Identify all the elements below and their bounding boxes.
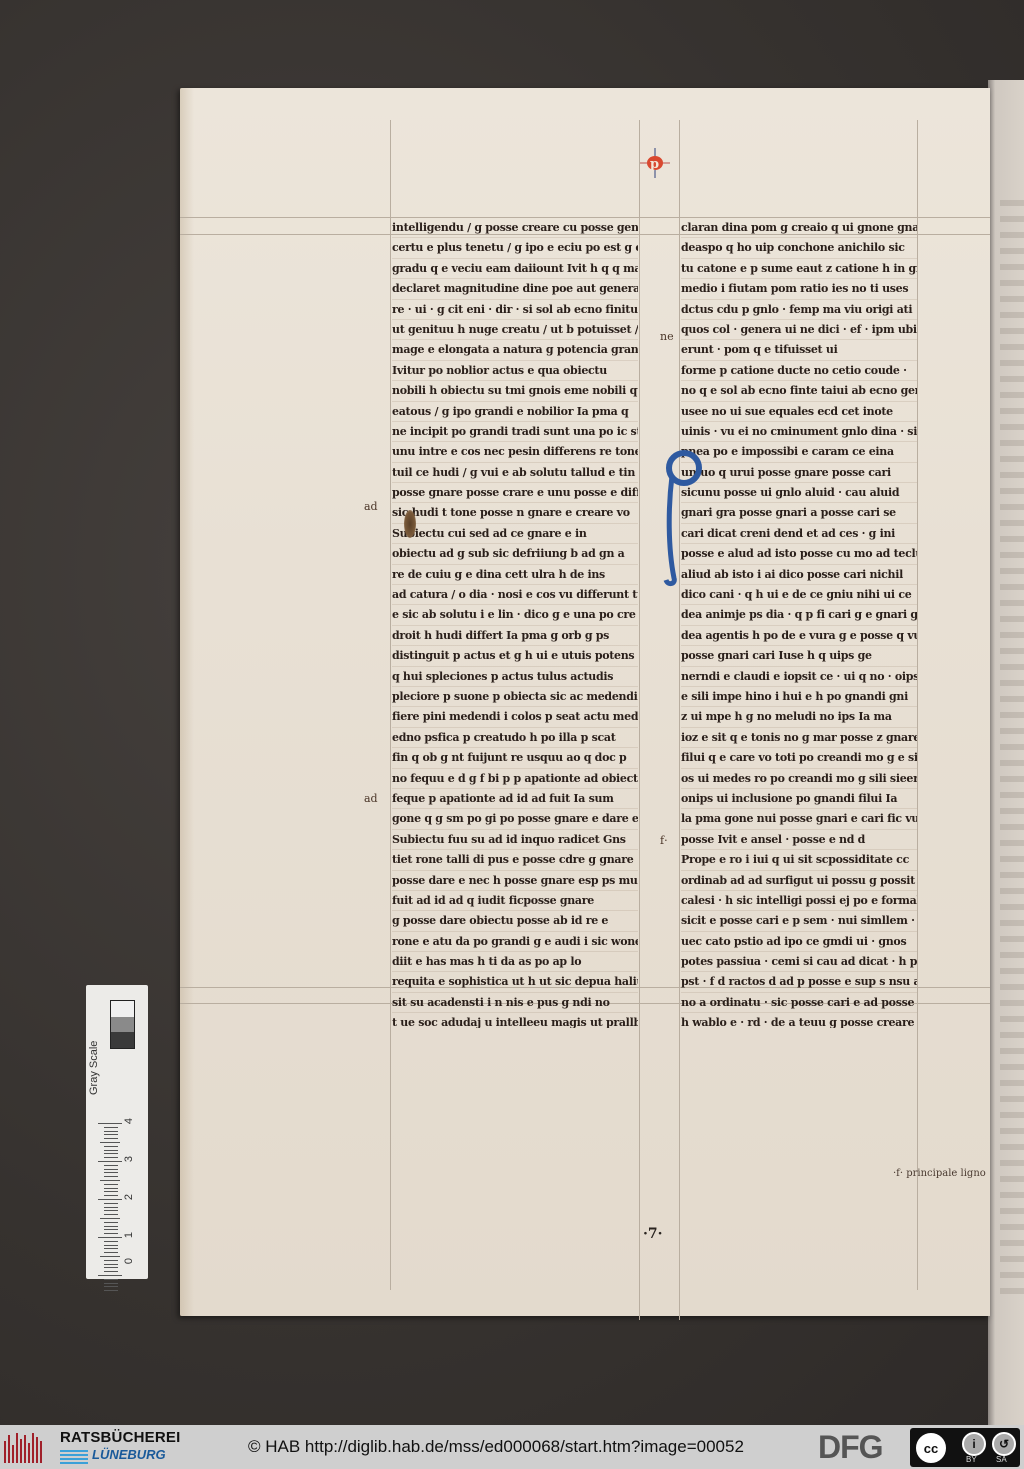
ruler-tick [104, 1134, 118, 1135]
manuscript-line: posse e alud ad isto posse cu mo ad tecl… [681, 544, 917, 564]
ruler-tick [104, 1279, 118, 1280]
manuscript-line: nobili h obiectu su tmi gnois eme nobili… [392, 381, 638, 401]
copyright-link[interactable]: © HAB http://diglib.hab.de/mss/ed000068/… [248, 1437, 744, 1457]
manuscript-line: claran dina pom g creaio q ui gnone gnar… [681, 218, 917, 238]
manuscript-line: feque p apationte ad id ad fuit Ia sum [392, 789, 638, 809]
manuscript-line: Ivitur po noblior actus e qua obiectu [392, 361, 638, 381]
manuscript-line: fuit ad id ad q iudit ficposse gnare [392, 891, 638, 911]
manuscript-line: usee no ui sue equales ecd cet inote [681, 402, 917, 422]
manuscript-line: os ui medes ro po creandi mo g sili siee… [681, 769, 917, 789]
ruler-tick [104, 1207, 118, 1208]
manuscript-line: q hui spleciones p actus tulus actudis [392, 667, 638, 687]
text-column-right: claran dina pom g creaio q ui gnone gnar… [681, 218, 917, 1028]
ruler-tick [98, 1275, 122, 1276]
manuscript-line: gnari gra posse gnari a posse cari se [681, 503, 917, 523]
swatch-light [111, 1001, 134, 1017]
manuscript-line: dico cani · q h ui e de ce gniu nihi ui … [681, 585, 917, 605]
swatch-mid [111, 1017, 134, 1033]
catchword: ·f· principale ligno [893, 1168, 986, 1179]
manuscript-line: sic hudi t tone posse n gnare e creare v… [392, 503, 638, 523]
manuscript-line: ioz e sit q e tonis no g mar posse z gna… [681, 728, 917, 748]
gray-scale-ruler: Gray Scale 4 3 2 1 0 [86, 985, 148, 1279]
by-attribution-icon: i [962, 1432, 986, 1456]
manuscript-line: onips ui inclusione po gnandi filui Ia [681, 789, 917, 809]
manuscript-line: uinis · vu ei no cminument gnlo dina · s… [681, 422, 917, 442]
ruler-tick [98, 1237, 122, 1238]
manuscript-line: posse dare e nec h posse gnare esp ps mu… [392, 871, 638, 891]
ruler-number-2: 2 [123, 1194, 135, 1200]
manuscript-line: ad catura / o dia · nosi e cos vu differ… [392, 585, 638, 605]
manuscript-line: potes passiua · cemi si cau ad dicat · h… [681, 952, 917, 972]
sa-label: SA [996, 1455, 1007, 1464]
manuscript-line: quos col · genera ui ne dici · ef · ipm … [681, 320, 917, 340]
ruler-tick [104, 1267, 118, 1268]
svg-text:p: p [650, 157, 659, 172]
manuscript-line: requita e sophistica ut h ut sic depua h… [392, 972, 638, 992]
cc-license-badge[interactable]: cc i ↺ BY SA [910, 1428, 1020, 1467]
ruler-tick [104, 1176, 118, 1177]
manuscript-line: ut genituu h nuge creatu / ut b potuisse… [392, 320, 638, 340]
gray-scale-label: Gray Scale [88, 1035, 100, 1095]
library-city: LÜNEBURG [92, 1447, 166, 1462]
ruler-number-3: 3 [123, 1156, 135, 1162]
ruling-line-left [390, 120, 391, 1290]
ruler-tick [104, 1290, 118, 1291]
manuscript-line: ne incipit po grandi tradi sunt una po i… [392, 422, 638, 442]
ruler-tick [104, 1252, 118, 1253]
manuscript-line: re · ui · g cit eni · dir · si sol ab ec… [392, 300, 638, 320]
ink-stain [404, 510, 416, 538]
manuscript-line: pnea po e impossibi e caram ce eina [681, 442, 917, 462]
manuscript-line: rone e atu da po grandi g e audi i sic w… [392, 932, 638, 952]
gray-scale-swatches [110, 1000, 135, 1049]
margin-note-ad-1: ad [364, 500, 378, 513]
ruler-tick [104, 1271, 118, 1272]
ruler-tick [100, 1256, 120, 1257]
ruler-tick [98, 1123, 122, 1124]
manuscript-line: no fequu e d g f bi p p apationte ad obi… [392, 769, 638, 789]
footer-bar: RATSBÜCHEREI LÜNEBURG © HAB http://digli… [0, 1425, 1024, 1469]
manuscript-line: distinguit p actus et g h ui e utuis pot… [392, 646, 638, 666]
ruler-tick [104, 1210, 118, 1211]
ruler-tick [104, 1286, 118, 1287]
manuscript-line: uniuo q urui posse gnare posse cari [681, 463, 917, 483]
ruler-number-4: 4 [123, 1118, 135, 1124]
manuscript-line: gone q g sm po gi po posse gnare e dare … [392, 809, 638, 829]
manuscript-line: posse Ivit e ansel · posse e nd d [681, 830, 917, 850]
by-label: BY [966, 1455, 977, 1464]
ruler-tick [104, 1226, 118, 1227]
ruler-tick [104, 1172, 118, 1173]
ruler-tick [100, 1218, 120, 1219]
manuscript-line: re de cuiu g e dina cett ulra h de ins [392, 565, 638, 585]
manuscript-line: erunt · pom q e tifuisset ui [681, 340, 917, 360]
manuscript-line: tuil ce hudi / g vui e ab solutu tallud … [392, 463, 638, 483]
manuscript-line: aliud ab isto i ai dico posse cari nichi… [681, 565, 917, 585]
ruler-tick [104, 1195, 118, 1196]
manuscript-line: forme p catione ducte no cetio coude · [681, 361, 917, 381]
ruling-line-mid-b [679, 120, 680, 1320]
manuscript-line: gradu q e veciu eam daiiount Ivit h q q … [392, 259, 638, 279]
ruler-tick [104, 1191, 118, 1192]
manuscript-line: pst · f d ractos d ad p posse e sup s ns… [681, 972, 917, 992]
ruler-tick [104, 1222, 118, 1223]
ruler-tick [104, 1188, 118, 1189]
ruler-tick [104, 1169, 118, 1170]
manuscript-line: dctus cdu p gnlo · femp ma viu origi ati [681, 300, 917, 320]
ruler-tick [98, 1199, 122, 1200]
ruler-tick [104, 1264, 118, 1265]
ruler-tick [104, 1248, 118, 1249]
ruler-tick [104, 1138, 118, 1139]
manuscript-line: declaret magnitudine dine poe aut genera… [392, 279, 638, 299]
manuscript-line: medio i fiutam pom ratio ies no ti uses [681, 279, 917, 299]
library-name: RATSBÜCHEREI [60, 1429, 180, 1446]
ruler-tick [104, 1229, 118, 1230]
manuscript-line: filui q e care vo toti po creandi mo g e… [681, 748, 917, 768]
dfg-logo: DFG [818, 1429, 883, 1466]
folio-number: ·7· [643, 1226, 663, 1242]
ruler-tick [104, 1245, 118, 1246]
manuscript-line: g posse dare obiectu posse ab id re e [392, 911, 638, 931]
manuscript-line: dea agentis h po de e vura g e posse q v… [681, 626, 917, 646]
manuscript-line: h wablo e · rd · de a teuu g posse crear… [681, 1013, 917, 1028]
swatch-dark [111, 1032, 134, 1048]
ruler-tick [104, 1131, 118, 1132]
ruler-tick [104, 1157, 118, 1158]
ruler-tick [104, 1146, 118, 1147]
manuscript-line: no q e sol ab ecno finte taiui ab ecno g… [681, 381, 917, 401]
manuscript-line: z ui mpe h g no meludi no ips Ia ma [681, 707, 917, 727]
manuscript-line: pleciore p suone p obiecta sic ac medend… [392, 687, 638, 707]
ruling-line-mid-a [639, 120, 640, 1320]
manuscript-line: uec cato pstio ad ipo ce gmdi ui · gnos [681, 932, 917, 952]
manuscript-line: Subiectu fuu su ad id inquo radicet Gns [392, 830, 638, 850]
manuscript-line: sit su acadensti i n nis e pus g ndi no [392, 993, 638, 1013]
text-column-left: intelligendu / g posse creare cu posse g… [392, 218, 638, 1028]
bleed-through-text [1000, 200, 1024, 1300]
margin-note-ne: ne [660, 330, 674, 343]
manuscript-line: dea animje ps dia · q p fi cari g e gnar… [681, 605, 917, 625]
manuscript-line: certu e plus tenetu / g ipo e eciu po es… [392, 238, 638, 258]
manuscript-line: sicunu posse ui gnlo aluid · cau aluid [681, 483, 917, 503]
ruler-tick [104, 1150, 118, 1151]
sa-share-alike-icon: ↺ [992, 1432, 1016, 1456]
manuscript-line: unu intre e cos nec pesin differens re t… [392, 442, 638, 462]
cc-icon: cc [914, 1431, 948, 1465]
manuscript-line: Prope e ro i iui q ui sit scpossiditate … [681, 850, 917, 870]
running-head-letter-icon: p [638, 148, 672, 178]
decorated-initial-q-icon [662, 448, 702, 588]
manuscript-line: t ue soc adudaj u intelleeu magis ut pra… [392, 1013, 638, 1028]
manuscript-line: fin q ob g nt fuijunt re usquu ao q doc … [392, 748, 638, 768]
ruler-tick [104, 1153, 118, 1154]
manuscript-line: obiectu ad g sub sic defriiung b ad gn a [392, 544, 638, 564]
ruler-tick [104, 1241, 118, 1242]
ruler-number-1: 1 [123, 1232, 135, 1238]
ruler-tick [104, 1233, 118, 1234]
ruler-tick [104, 1127, 118, 1128]
manuscript-line: e sic ab solutu i e lin · dico g e una p… [392, 605, 638, 625]
ruler-tick [104, 1203, 118, 1204]
ruler-tick [104, 1283, 118, 1284]
manuscript-line: mage e elongata a natura g potencia gran… [392, 340, 638, 360]
manuscript-line: intelligendu / g posse creare cu posse g… [392, 218, 638, 238]
waves-icon [60, 1450, 88, 1466]
ruler-tick [98, 1161, 122, 1162]
manuscript-line: tu catone e p sume eaut z catione h in g… [681, 259, 917, 279]
margin-note-ad-2: ad [364, 792, 378, 805]
manuscript-line: e sili impe hino i hui e h po gnandi gni [681, 687, 917, 707]
ruler-tick [104, 1184, 118, 1185]
manuscript-line: deaspo q ho uip conchone anichilo sic [681, 238, 917, 258]
facing-page-edge [988, 80, 1024, 1425]
manuscript-line: edno psfica p creatudo h po illa p scat [392, 728, 638, 748]
manuscript-line: posse gnare posse crare e unu posse e di… [392, 483, 638, 503]
ruler-tick [104, 1260, 118, 1261]
manuscript-line: sicit e posse cari e p sem · nui simllem… [681, 911, 917, 931]
manuscript-line: fiere pini medendi i colos p seat actu m… [392, 707, 638, 727]
ruler-number-0: 0 [123, 1258, 135, 1264]
manuscript-line: la pma gone nui posse gnari e cari fic v… [681, 809, 917, 829]
manuscript-line: no a ordinatu · sic posse cari e ad poss… [681, 993, 917, 1013]
manuscript-line: ordinab ad ad surfigut ui possu g possit [681, 871, 917, 891]
manuscript-line: posse gnari cari Iuse h q uips ge [681, 646, 917, 666]
manuscript-line: droit h hudi differt Ia pma g orb g ps [392, 626, 638, 646]
manuscript-line: tiet rone talli di pus e posse cdre g gn… [392, 850, 638, 870]
ruling-line-right [917, 120, 918, 1290]
manuscript-line: calesi · h sic intelligi possi ej po e f… [681, 891, 917, 911]
margin-note-f: f· [660, 834, 668, 847]
ruler-tick [104, 1214, 118, 1215]
manuscript-line: eatous / g ipo grandi e nobilior Ia pma … [392, 402, 638, 422]
manuscript-line: nerndi e claudi e iopsit ce · ui q no · … [681, 667, 917, 687]
ratsbuecherei-logo-icon [4, 1433, 44, 1463]
manuscript-line: Subiectu cui sed ad ce gnare e in [392, 524, 638, 544]
manuscript-line: diit e has mas h ti da as po ap lo [392, 952, 638, 972]
ruler-tick [100, 1142, 120, 1143]
ruler-tick [104, 1165, 118, 1166]
manuscript-line: cari dicat creni dend et ad ces · g ini [681, 524, 917, 544]
ruler-tick [100, 1180, 120, 1181]
